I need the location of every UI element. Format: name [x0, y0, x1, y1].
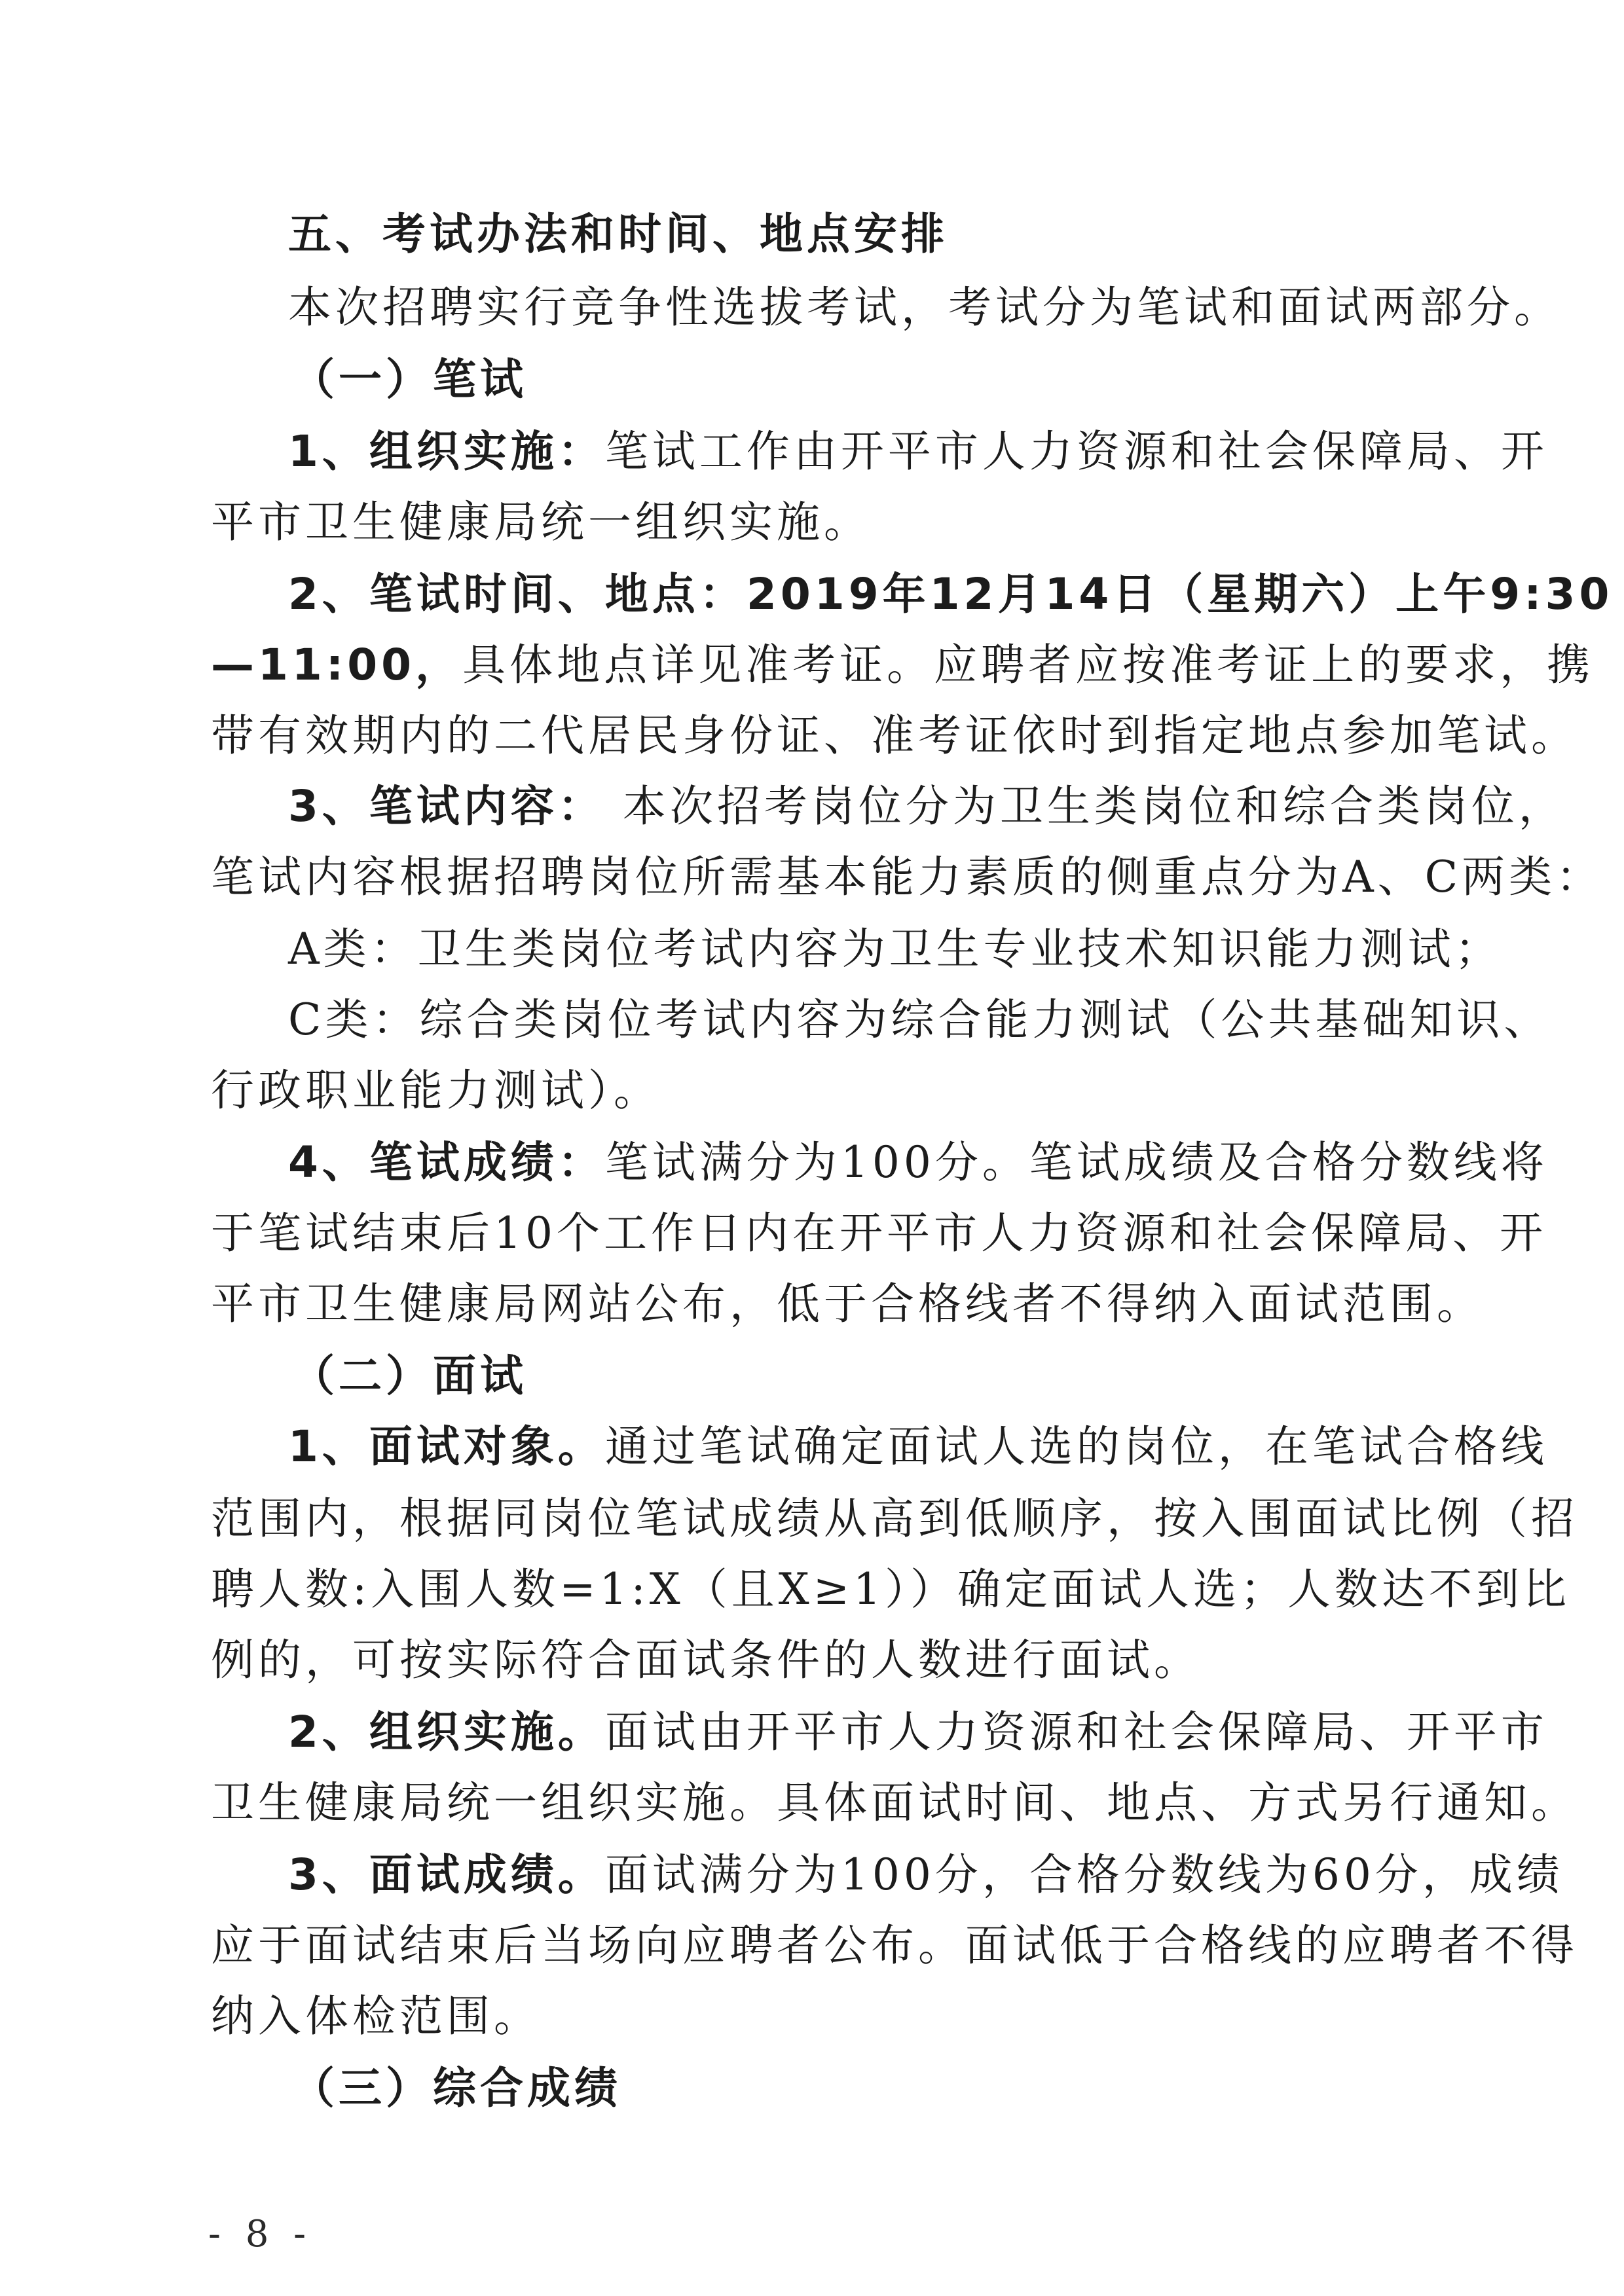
written-item2-text: 具体地点详见准考证。应聘者应按准考证上的要求，携: [462, 640, 1594, 690]
interview-item2-line1: 2、组织实施。面试由开平市人力资源和社会保障局、开平市: [288, 1706, 1532, 1758]
written-item3-text: 本次招考岗位分为卫生类岗位和综合类岗位，: [605, 781, 1566, 831]
section-heading: 五、考试办法和时间、地点安排: [288, 208, 1532, 261]
written-item2-time-end: —11:00，: [211, 640, 462, 690]
written-item4-line1: 4、笔试成绩：笔试满分为100分。笔试成绩及合格分数线将: [288, 1137, 1532, 1189]
written-item1-label: 1、组织实施：: [288, 426, 605, 477]
interview-item1-label: 1、面试对象。: [288, 1421, 605, 1472]
written-item3-label: 3、笔试内容：: [288, 781, 605, 831]
written-item3-line1: 3、笔试内容： 本次招考岗位分为卫生类岗位和综合类岗位，: [288, 780, 1532, 833]
document-page: 五、考试办法和时间、地点安排 本次招聘实行竞争性选拔考试，考试分为笔试和面试两部…: [0, 0, 1624, 2296]
interview-item2-line2: 卫生健康局统一组织实施。具体面试时间、地点、方式另行通知。: [211, 1777, 1455, 1829]
interview-item3-line2: 应于面试结束后当场向应聘者公布。面试低于合格线的应聘者不得: [211, 1920, 1455, 1972]
interview-item3-line3: 纳入体检范围。: [211, 1990, 1455, 2043]
interview-item1-line1: 1、面试对象。通过笔试确定面试人选的岗位，在笔试合格线: [288, 1421, 1532, 1473]
interview-item1-line4: 例的，可按实际符合面试条件的人数进行面试。: [211, 1634, 1455, 1686]
interview-item1-line3: 聘人数:入围人数=1:X（且X≥1））确定面试人选；人数达不到比: [211, 1563, 1455, 1616]
written-exam-heading: （一）笔试: [291, 354, 1536, 406]
written-item2-line3: 带有效期内的二代居民身份证、准考证依时到指定地点参加笔试。: [211, 710, 1455, 762]
page-number: - 8 -: [208, 2213, 312, 2255]
written-item4-label: 4、笔试成绩：: [288, 1137, 605, 1188]
interview-item3-label: 3、面试成绩。: [288, 1850, 605, 1900]
interview-item1-line2: 范围内，根据同岗位笔试成绩从高到低顺序，按入围面试比例（招: [211, 1493, 1455, 1545]
written-item1-line2: 平市卫生健康局统一组织实施。: [211, 496, 1455, 549]
written-item4-text: 笔试满分为100分。笔试成绩及合格分数线将: [605, 1137, 1548, 1188]
class-a-description: A类：卫生类岗位考试内容为卫生专业技术知识能力测试；: [288, 923, 1532, 975]
composite-score-heading: （三）综合成绩: [291, 2062, 1536, 2115]
interview-item3-line1: 3、面试成绩。面试满分为100分，合格分数线为60分，成绩: [288, 1849, 1532, 1901]
intro-paragraph: 本次招聘实行竞争性选拔考试，考试分为笔试和面试两部分。: [288, 282, 1532, 334]
written-item2-line2: —11:00，具体地点详见准考证。应聘者应按准考证上的要求，携: [211, 639, 1455, 691]
class-c-description: C类：综合类岗位考试内容为综合能力测试（公共基础知识、: [288, 994, 1532, 1046]
written-item2-line1: 2、笔试时间、地点：2019年12月14日（星期六）上午9:30: [288, 568, 1532, 621]
interview-item3-text: 面试满分为100分，合格分数线为60分，成绩: [605, 1850, 1564, 1900]
written-item4-line2: 于笔试结束后10个工作日内在开平市人力资源和社会保障局、开: [211, 1207, 1455, 1260]
written-item1-line1: 1、组织实施：笔试工作由开平市人力资源和社会保障局、开: [288, 426, 1532, 478]
interview-item1-text: 通过笔试确定面试人选的岗位，在笔试合格线: [605, 1421, 1548, 1472]
written-item4-line3: 平市卫生健康局网站公布，低于合格线者不得纳入面试范围。: [211, 1278, 1455, 1330]
written-item1-text: 笔试工作由开平市人力资源和社会保障局、开: [605, 426, 1548, 477]
interview-item2-text: 面试由开平市人力资源和社会保障局、开平市: [605, 1707, 1548, 1757]
written-item3-line2: 笔试内容根据招聘岗位所需基本能力素质的侧重点分为A、C两类：: [211, 851, 1455, 903]
class-c-description-cont: 行政职业能力测试）。: [211, 1065, 1455, 1117]
interview-heading: （二）面试: [291, 1350, 1536, 1402]
interview-item2-label: 2、组织实施。: [288, 1707, 605, 1757]
